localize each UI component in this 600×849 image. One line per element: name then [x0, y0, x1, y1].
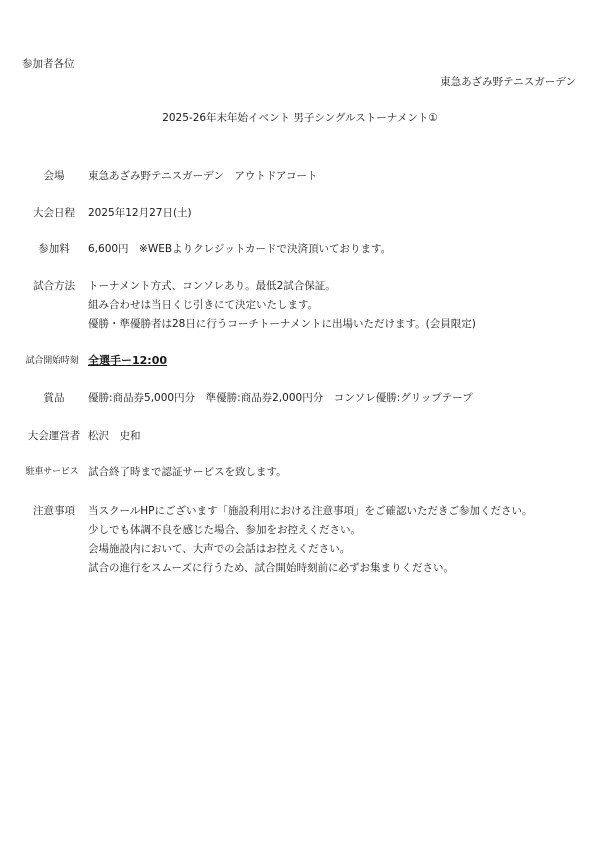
date-value: 2025年12月27日(土): [88, 206, 192, 220]
fee-label: 参加料: [20, 242, 88, 256]
date-label: 大会日程: [20, 206, 88, 220]
prizes-value-wrap: 優勝:商品券5,000円分 準優勝:商品券2,000円分 コンソレ優勝:グリップ…: [88, 391, 473, 405]
notes-line: 会場施設内において、大声での会話はお控えください。: [88, 540, 533, 559]
start-time-value-wrap: 全選手ー12:00: [88, 354, 167, 368]
fee-value: 6,600円 ※WEBよりクレジットカードで決済頂いております。: [88, 242, 391, 256]
parking-label: 駐車サービス: [18, 465, 86, 479]
format-value-wrap: トーナメント方式、コンソレあり。最低2試合保証。 組み合わせは当日くじ引きにて決…: [88, 277, 476, 334]
venue-value-wrap: 東急あざみ野テニスガーデン アウトドアコート: [88, 169, 318, 183]
format-line: 組み合わせは当日くじ引きにて決定いたします。: [88, 296, 476, 315]
notes-line: 少しでも体調不良を感じた場合、参加をお控えください。: [88, 521, 533, 540]
organizer-value-wrap: 松沢 史和: [88, 429, 141, 443]
prizes-value: 優勝:商品券5,000円分 準優勝:商品券2,000円分 コンソレ優勝:グリップ…: [88, 391, 473, 405]
notes-label: 注意事項: [20, 504, 88, 518]
organization-name: 東急あざみ野テニスガーデン: [440, 75, 576, 89]
organizer-label: 大会運営者: [20, 429, 88, 443]
date-value-wrap: 2025年12月27日(土): [88, 206, 192, 220]
format-line: 優勝・準優勝者は28日に行うコーチトーナメントに出場いただけます。(会員限定): [88, 315, 476, 334]
venue-label: 会場: [20, 169, 88, 183]
start-time-label: 試合開始時刻: [18, 354, 86, 368]
parking-value: 試合終了時まで認証サービスを致します。: [88, 465, 287, 479]
format-line: トーナメント方式、コンソレあり。最低2試合保証。: [88, 277, 476, 296]
parking-value-wrap: 試合終了時まで認証サービスを致します。: [88, 465, 287, 479]
venue-value: 東急あざみ野テニスガーデン アウトドアコート: [88, 169, 318, 183]
prizes-label: 賞品: [20, 391, 88, 405]
addressee: 参加者各位: [22, 57, 75, 71]
notes-line: 試合の進行をスムーズに行うため、試合開始時刻前に必ずお集まりください。: [88, 559, 533, 578]
organizer-value: 松沢 史和: [88, 429, 141, 443]
fee-value-wrap: 6,600円 ※WEBよりクレジットカードで決済頂いております。: [88, 242, 391, 256]
document-title: 2025-26年末年始イベント 男子シングルストーナメント①: [0, 111, 600, 125]
start-time-value: 全選手ー12:00: [88, 354, 167, 368]
notes-value-wrap: 当スクールHPにございます「施設利用における注意事項」をご確認いただきご参加くだ…: [88, 502, 533, 578]
notes-line: 当スクールHPにございます「施設利用における注意事項」をご確認いただきご参加くだ…: [88, 502, 533, 521]
format-label: 試合方法: [20, 279, 88, 293]
